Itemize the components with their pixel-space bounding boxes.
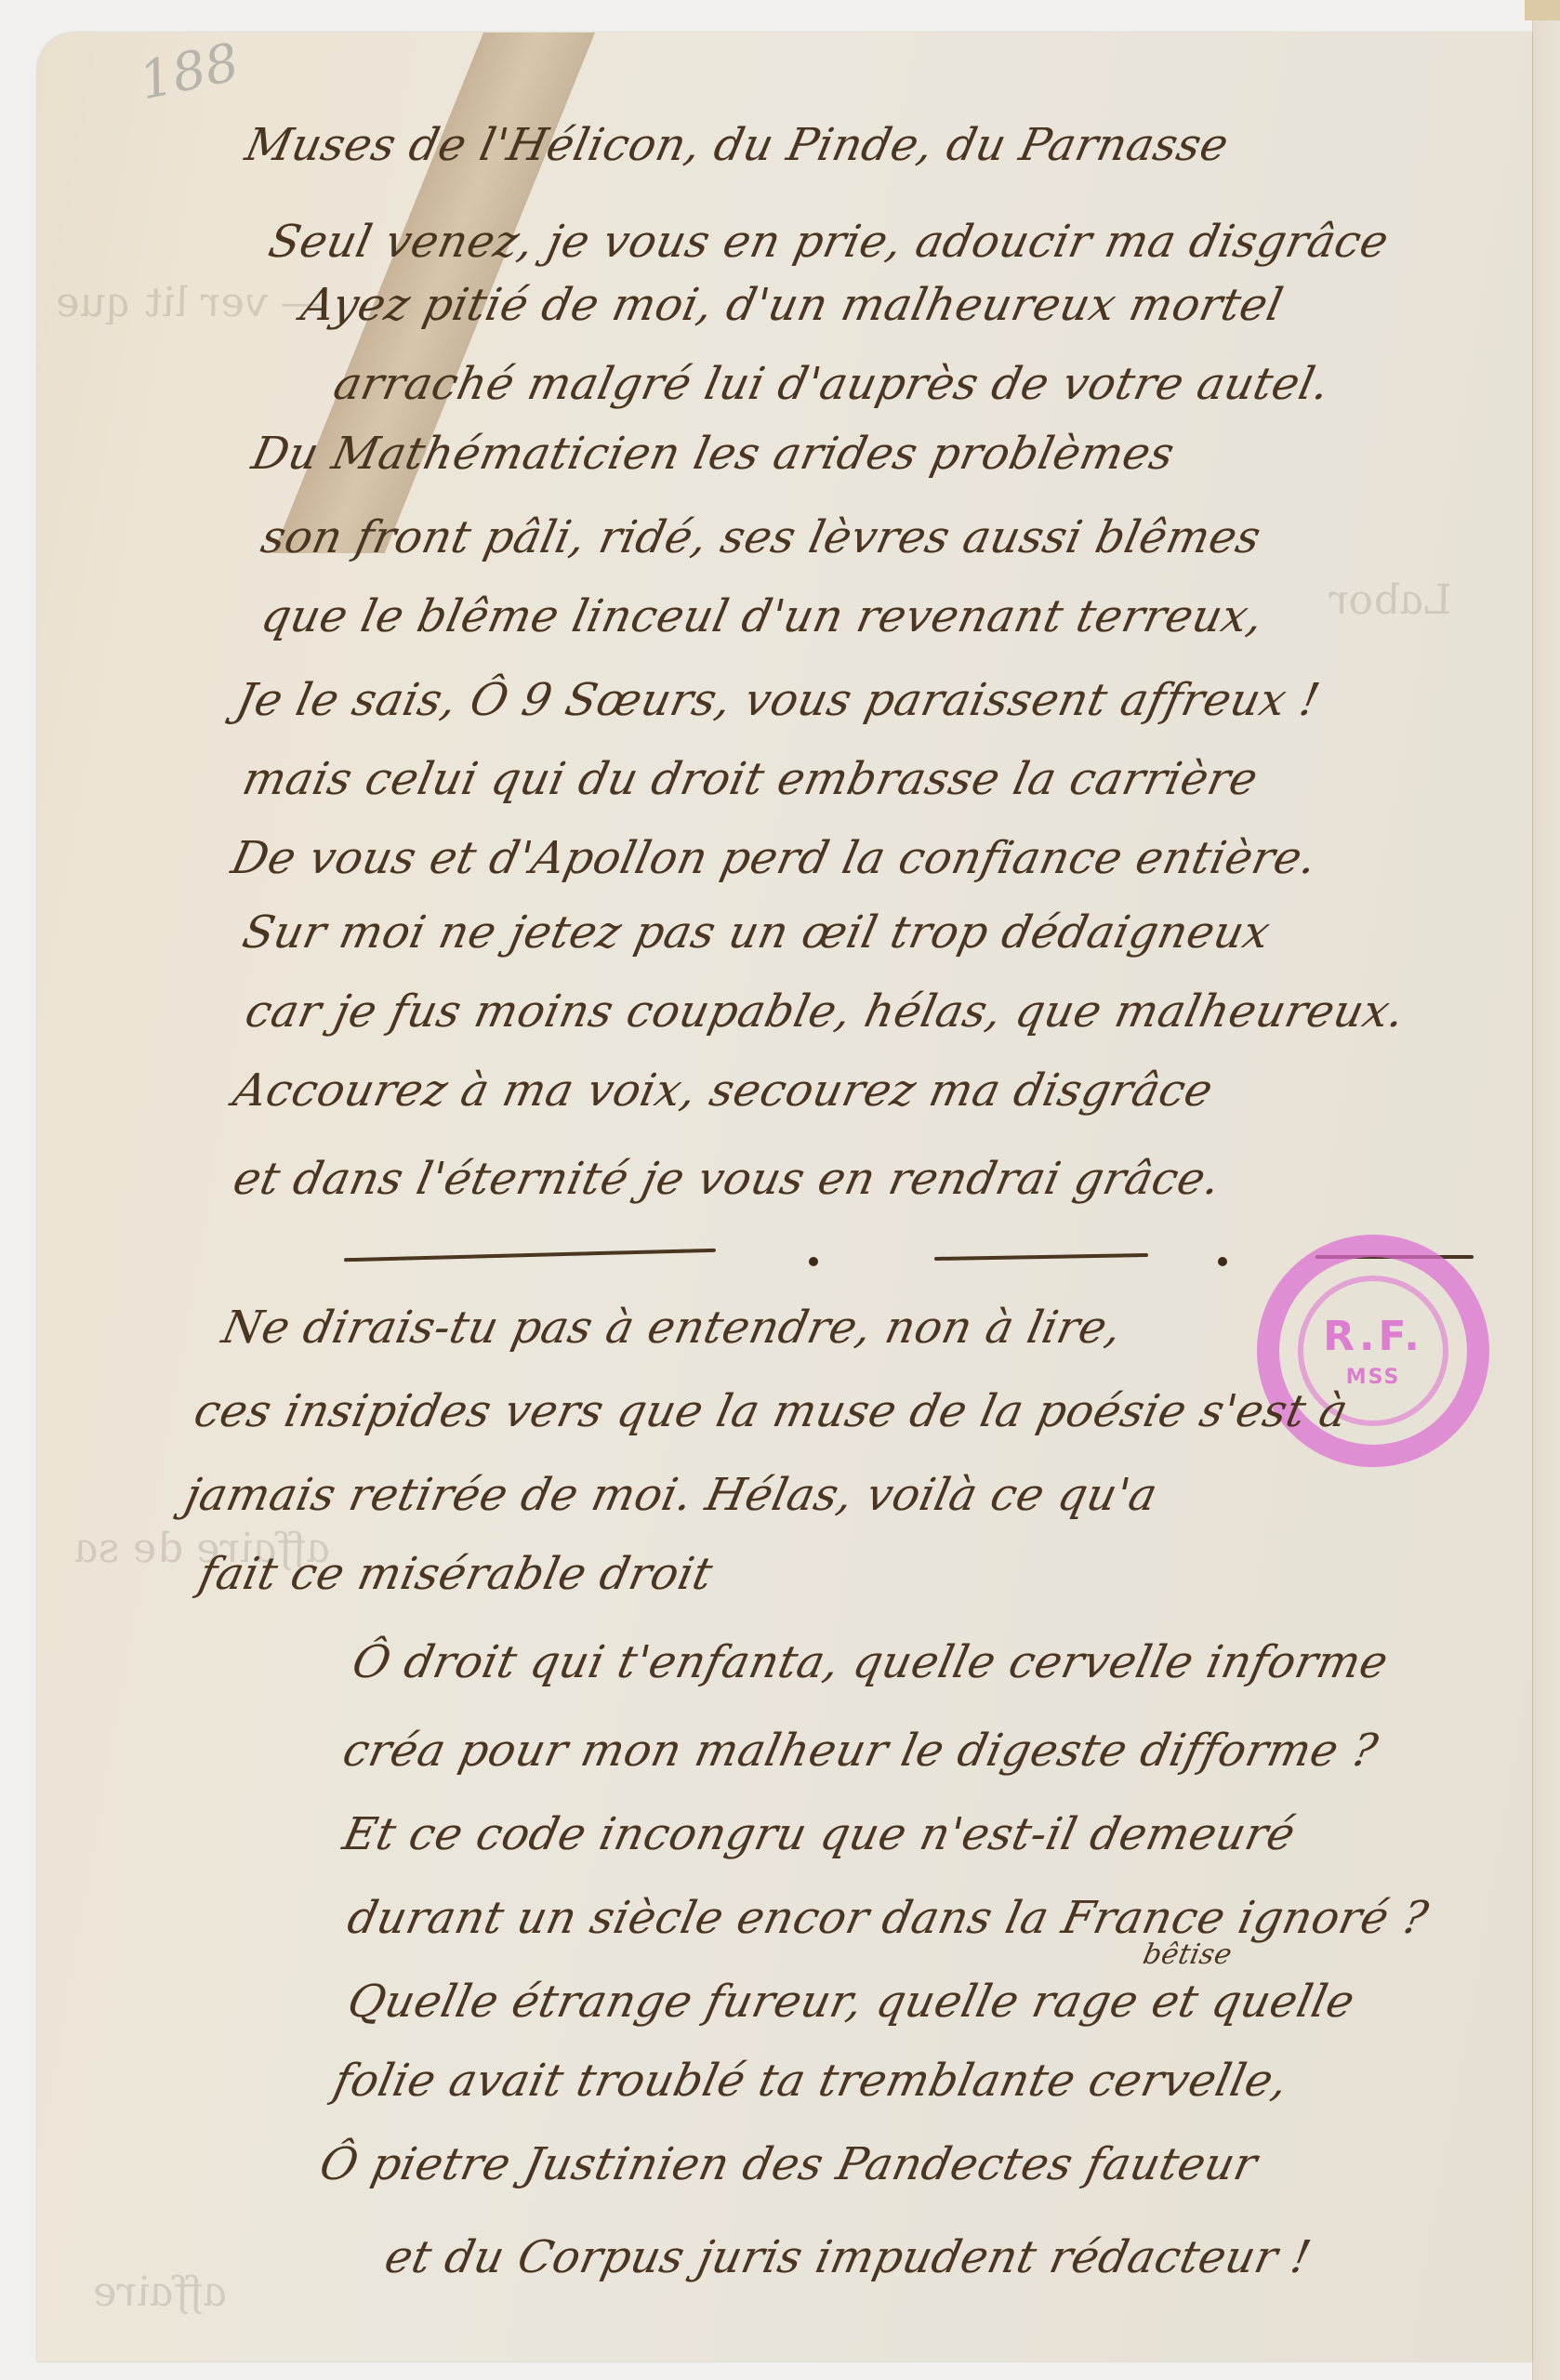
verse-line: Ayez pitié de moi, d'un malheureux morte… <box>297 279 1288 331</box>
verse-line: que le blême linceul d'un revenant terre… <box>257 590 1268 642</box>
prose-line: ces insipides vers que la muse de la poé… <box>190 1385 1353 1437</box>
verse-line: son front pâli, ridé, ses lèvres aussi b… <box>257 511 1265 563</box>
prose-line: jamais retirée de moi. Hélas, voilà ce q… <box>180 1469 1162 1521</box>
verse-line: et dans l'éternité je vous en rendrai gr… <box>229 1153 1225 1205</box>
verse-line: et du Corpus juris impudent rédacteur ! <box>380 2231 1315 2283</box>
verse-line: Accourez à ma voix, secourez ma disgrâce <box>229 1064 1218 1117</box>
bleed-through-text: Labor <box>1325 576 1457 624</box>
adjacent-page-edge <box>1532 0 1560 2380</box>
separator-dot <box>809 1257 818 1266</box>
verse-line: mais celui qui du droit embrasse la carr… <box>238 753 1263 805</box>
verse-line: créa pour mon malheur le digeste difform… <box>338 1725 1382 1777</box>
prose-line: fait ce misérable droit <box>194 1548 718 1600</box>
insertion-above-line: bêtise <box>1140 1938 1235 1971</box>
verse-line: durant un siècle encor dans la France ig… <box>343 1892 1433 1944</box>
stamp-center-text: R.F. <box>1323 1313 1423 1360</box>
bleed-through-text: — ver lit que <box>51 279 327 326</box>
adjacent-page-corner <box>1525 0 1560 20</box>
verse-line: arraché malgré lui d'auprès de votre aut… <box>329 358 1334 410</box>
verse-line: Muses de l'Hélicon, du Pinde, du Parnass… <box>241 119 1233 171</box>
verse-line: Et ce code incongru que n'est-il demeuré <box>338 1808 1300 1860</box>
stamp-bottom-text: MSS <box>1346 1366 1401 1389</box>
separator-dot <box>1218 1257 1227 1266</box>
verse-line: Seul venez, je vous en prie, adoucir ma … <box>264 216 1394 268</box>
verse-line: Ô droit qui t'enfanta, quelle cervelle i… <box>348 1636 1393 1688</box>
prose-line: Ne dirais-tu pas à entendre, non à lire, <box>218 1302 1127 1354</box>
verse-line: Du Mathématicien les arides problèmes <box>247 428 1179 480</box>
verse-line: car je fus moins coupable, hélas, que ma… <box>241 985 1409 1038</box>
verse-line: folie avait troublé ta tremblante cervel… <box>329 2055 1292 2107</box>
verse-line: Ô pietre Justinien des Pandectes fauteur <box>315 2138 1262 2190</box>
verse-line: De vous et d'Apollon perd la confiance e… <box>227 832 1321 884</box>
verse-line: Je le sais, Ô 9 Sœurs, vous paraissent a… <box>231 674 1325 726</box>
bleed-through-text: affaire <box>88 2268 233 2316</box>
verse-line: Quelle étrange fureur, quelle rage et qu… <box>343 1976 1359 2028</box>
verse-line: Sur moi ne jetez pas un œil trop dédaign… <box>238 906 1275 959</box>
